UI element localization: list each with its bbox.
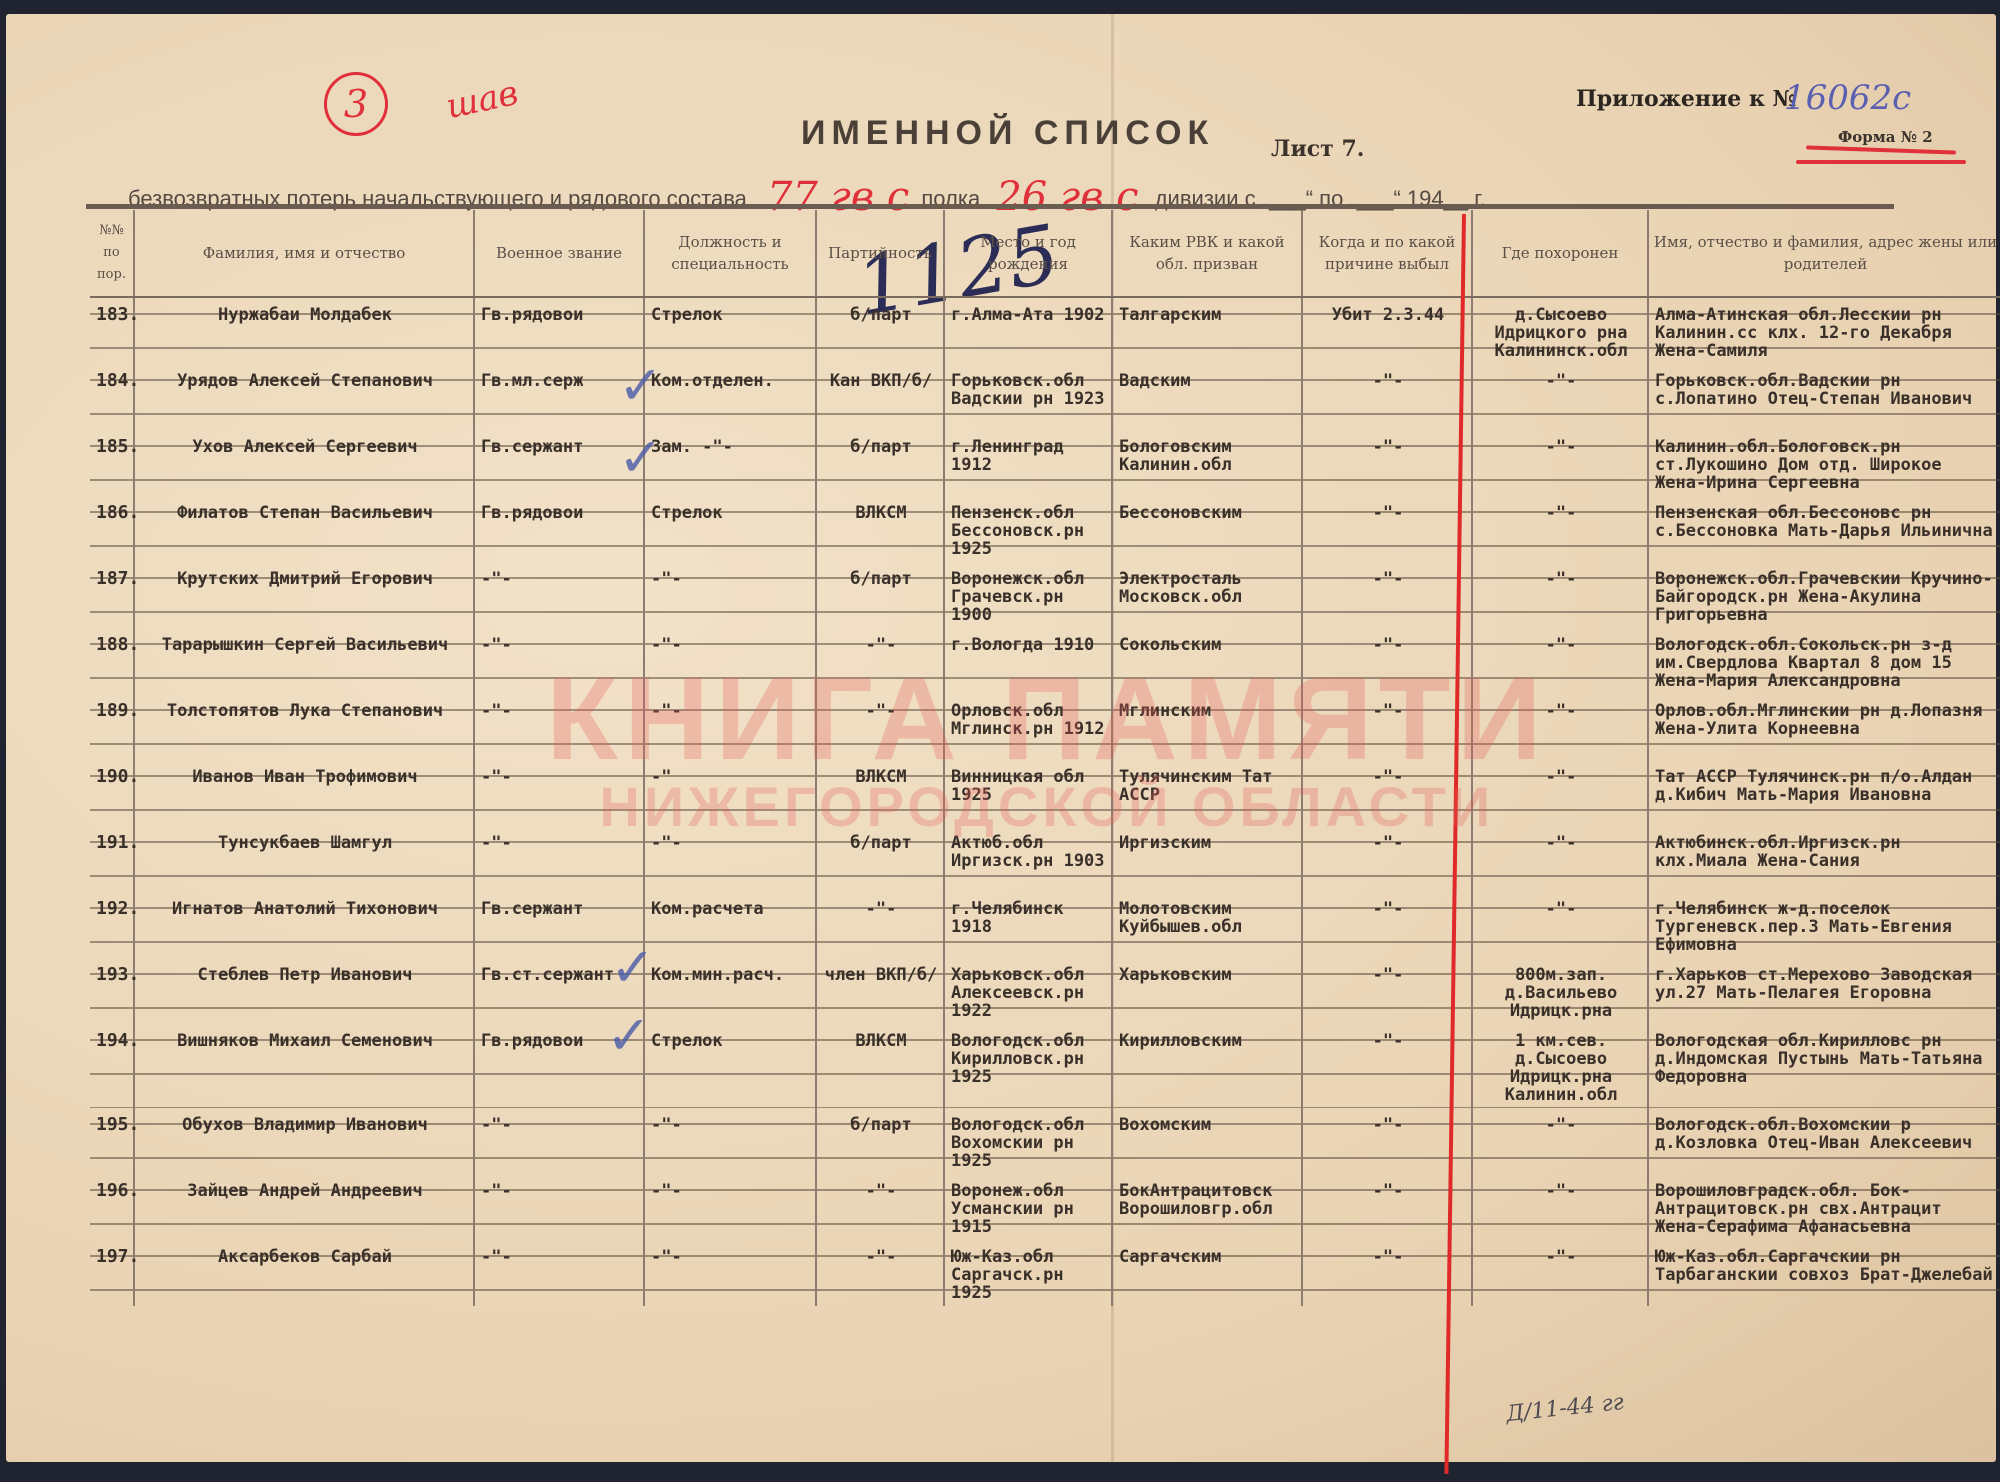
party-membership: б/парт [816,562,944,628]
position: Ком.расчета [644,892,816,958]
relatives-address: Вологодск.обл.Сокольск.рн з-д им.Свердло… [1648,628,2000,694]
military-rank: -"- [474,760,644,826]
blue-check-icon: ✓ [606,1004,651,1067]
birth-place-year: Воронеж.обл Усманскии рн 1915 [944,1174,1112,1240]
row-number: 190. [90,760,134,826]
burial-place: -"- [1472,1108,1648,1174]
col-header-party: Партийность [816,210,944,297]
position: Стрелок [644,496,816,562]
party-membership: б/парт [816,297,944,364]
party-membership: ВЛКСМ [816,1024,944,1108]
birth-place-year: Пензенск.обл Бессоновск.рн 1925 [944,496,1112,562]
party-membership: -"- [816,1174,944,1240]
birth-place-year: г.Ленинград 1912 [944,430,1112,496]
relatives-address: Пензенская обл.Бессоновс рн с.Бессоновка… [1648,496,2000,562]
table-row: 188. Тарарышкин Сергей Васильевич -"- -"… [90,628,2000,694]
military-rank: Гв.рядовои [474,496,644,562]
birth-place-year: Харьковск.обл Алексеевск.рн 1922 [944,958,1112,1024]
soldier-name: Обухов Владимир Иванович [134,1108,474,1174]
burial-place: -"- [1472,1174,1648,1240]
row-number: 184. [90,364,134,430]
row-number: 187. [90,562,134,628]
burial-place: -"- [1472,496,1648,562]
position: -"- [644,826,816,892]
when-reason-left: Убит 2.3.44 [1302,297,1472,364]
row-number: 192. [90,892,134,958]
relatives-address: Горьковск.обл.Вадскии рн с.Лопатино Отец… [1648,364,2000,430]
when-reason-left: -"- [1302,1024,1472,1108]
appendix-number: 16062с [1784,78,1911,118]
soldier-name: Нуржабаи Молдабек [134,297,474,364]
party-membership: -"- [816,628,944,694]
relatives-address: г.Челябинск ж-д.поселок Тургеневск.пер.3… [1648,892,2000,958]
blue-check-icon: ✓ [618,354,663,417]
conscription-office: Вадским [1112,364,1302,430]
table-row: 194. Вишняков Михаил Семенович Гв.рядово… [90,1024,2000,1108]
burial-place: -"- [1472,760,1648,826]
table-row: 184. Урядов Алексей Степанович Гв.мл.сер… [90,364,2000,430]
position: Стрелок [644,297,816,364]
table-row: 195. Обухов Владимир Иванович -"- -"- б/… [90,1108,2000,1174]
table-row: 186. Филатов Степан Васильевич Гв.рядово… [90,496,2000,562]
table-row: 187. Крутских Дмитрий Егорович -"- -"- б… [90,562,2000,628]
position: -"- [644,1240,816,1306]
party-membership: -"- [816,892,944,958]
position: -"- [644,1174,816,1240]
col-header-number: №№ по пор. [90,210,134,297]
conscription-office: Иргизским [1112,826,1302,892]
relatives-address: Тат АССР Тулячинск.рн п/о.Алдан д.Кибич … [1648,760,2000,826]
soldier-name: Крутских Дмитрий Егорович [134,562,474,628]
table-row: 193. Стеблев Петр Иванович Гв.ст.сержант… [90,958,2000,1024]
form-number: Форма № 2 [1838,128,1933,146]
table-row: 185. Ухов Алексей Сергеевич Гв.сержант З… [90,430,2000,496]
party-membership: -"- [816,1240,944,1306]
burial-place: 1 км.сев. д.Сысоево Идрицк.рна Калинин.о… [1472,1024,1648,1108]
table-row: 197. Аксарбеков Сарбай -"- -"- -"- Юж-Ка… [90,1240,2000,1306]
burial-place: -"- [1472,1240,1648,1306]
soldier-name: Вишняков Михаил Семенович [134,1024,474,1108]
conscription-office: Бологовским Калинин.обл [1112,430,1302,496]
relatives-address: Орлов.обл.Мглинскии рн д.Лопазня Жена-Ул… [1648,694,2000,760]
blue-check-icon: ✓ [618,426,663,489]
col-header-rvk: Каким РВК и какой обл. призван [1112,210,1302,297]
military-rank: -"- [474,1108,644,1174]
party-membership: ВЛКСМ [816,496,944,562]
conscription-office: БокАнтрацитовск Ворошиловгр.обл [1112,1174,1302,1240]
birth-place-year: г.Челябинск 1918 [944,892,1112,958]
document-title: ИМЕННОЙ СПИСОК [801,114,1214,153]
row-number: 194. [90,1024,134,1108]
military-rank: -"- [474,1240,644,1306]
conscription-office: Тулячинским Тат АССР [1112,760,1302,826]
relatives-address: Воронежск.обл.Грачевскии Кручино-Байгоро… [1648,562,2000,628]
when-reason-left: -"- [1302,1108,1472,1174]
position: -"- [644,562,816,628]
position: Стрелок [644,1024,816,1108]
conscription-office: Вохомским [1112,1108,1302,1174]
birth-place-year: Актюб.обл Иргизск.рн 1903 [944,826,1112,892]
relatives-address: Ворошиловградск.обл. Бок-Антрацитовск.рн… [1648,1174,2000,1240]
when-reason-left: -"- [1302,892,1472,958]
table-row: 192. Игнатов Анатолий Тихонович Гв.сержа… [90,892,2000,958]
birth-place-year: Орловск.обл Мглинск.рн 1912 [944,694,1112,760]
when-reason-left: -"- [1302,628,1472,694]
party-membership: член ВКП/б/ [816,958,944,1024]
col-header-position: Должность и специальность [644,210,816,297]
burial-place: -"- [1472,826,1648,892]
when-reason-left: -"- [1302,826,1472,892]
row-number: 189. [90,694,134,760]
position: -"- [644,694,816,760]
document-sheet: 3 шав ИМЕННОЙ СПИСОК Лист 7. Приложение … [6,14,1996,1462]
when-reason-left: -"- [1302,562,1472,628]
birth-place-year: Воронежск.обл Грачевск.рн 1900 [944,562,1112,628]
position: Ком.мин.расч. [644,958,816,1024]
birth-place-year: Вологодск.обл Вохомскии рн 1925 [944,1108,1112,1174]
soldier-name: Игнатов Анатолий Тихонович [134,892,474,958]
soldier-name: Филатов Степан Васильевич [134,496,474,562]
when-reason-left: -"- [1302,496,1472,562]
birth-place-year: Винницкая обл 1925 [944,760,1112,826]
military-rank: -"- [474,562,644,628]
soldier-name: Тарарышкин Сергей Васильевич [134,628,474,694]
military-rank: -"- [474,826,644,892]
col-header-name: Фамилия, имя и отчество [134,210,474,297]
row-number: 183. [90,297,134,364]
conscription-office: Сокольским [1112,628,1302,694]
military-rank: -"- [474,628,644,694]
conscription-office: Талгарским [1112,297,1302,364]
soldier-name: Аксарбеков Сарбай [134,1240,474,1306]
casualty-table: №№ по пор. Фамилия, имя и отчество Военн… [90,210,2000,1306]
table-row: 190. Иванов Иван Трофимович -"- -" ВЛКСМ… [90,760,2000,826]
burial-place: -"- [1472,628,1648,694]
row-number: 188. [90,628,134,694]
party-membership: б/парт [816,826,944,892]
conscription-office: Мглинским [1112,694,1302,760]
birth-place-year: Вологодск.обл Кирилловск.рн 1925 [944,1024,1112,1108]
row-number: 185. [90,430,134,496]
col-header-rank: Военное звание [474,210,644,297]
relatives-address: Юж-Каз.обл.Саргачскии рн Тарбаганскии со… [1648,1240,2000,1306]
relatives-address: Алма-Атинская обл.Лесскии рн Калинин.сс … [1648,297,2000,364]
conscription-office: Саргачским [1112,1240,1302,1306]
burial-place: д.Сысоево Идрицкого рна Калининск.обл [1472,297,1648,364]
birth-place-year: г.Вологда 1910 [944,628,1112,694]
position: Зам. -"- [644,430,816,496]
military-rank: -"- [474,1174,644,1240]
header-rule [86,204,1894,209]
col-header-buried: Где похоронен [1472,210,1648,297]
position: Ком.отделен. [644,364,816,430]
relatives-address: Вологодск.обл.Вохомскии р д.Козловка Оте… [1648,1108,2000,1174]
when-reason-left: -"- [1302,760,1472,826]
party-membership: Кан ВКП/б/ [816,364,944,430]
table-row: 196. Зайцев Андрей Андреевич -"- -"- -"-… [90,1174,2000,1240]
conscription-office: Харьковским [1112,958,1302,1024]
soldier-name: Тунсукбаев Шамгул [134,826,474,892]
relatives-address: Калинин.обл.Бологовск.рн ст.Лукошино Дом… [1648,430,2000,496]
burial-place: -"- [1472,562,1648,628]
when-reason-left: -"- [1302,1174,1472,1240]
conscription-office: Электросталь Московск.обл [1112,562,1302,628]
row-number: 195. [90,1108,134,1174]
col-header-when: Когда и по какой причине выбыл [1302,210,1472,297]
col-header-birth: Место и год рождения [944,210,1112,297]
soldier-name: Стеблев Петр Иванович [134,958,474,1024]
row-number: 193. [90,958,134,1024]
when-reason-left: -"- [1302,958,1472,1024]
red-underline [1806,145,1956,154]
table-header-row: №№ по пор. Фамилия, имя и отчество Военн… [90,210,2000,297]
party-membership: б/парт [816,430,944,496]
when-reason-left: -"- [1302,694,1472,760]
burial-place: -"- [1472,430,1648,496]
birth-place-year: г.Алма-Ата 1902 [944,297,1112,364]
conscription-office: Молотовским Куйбышев.обл [1112,892,1302,958]
conscription-office: Кирилловским [1112,1024,1302,1108]
table-row: 191. Тунсукбаев Шамгул -"- -"- б/парт Ак… [90,826,2000,892]
row-number: 197. [90,1240,134,1306]
circled-number-annotation: 3 [324,72,388,136]
blue-check-icon: ✓ [610,936,655,999]
soldier-name: Урядов Алексей Степанович [134,364,474,430]
when-reason-left: -"- [1302,430,1472,496]
position: -"- [644,1108,816,1174]
col-header-relatives: Имя, отчество и фамилия, адрес жены или … [1648,210,2000,297]
burial-place: -"- [1472,364,1648,430]
burial-place: -"- [1472,892,1648,958]
burial-place: -"- [1472,694,1648,760]
burial-place: 800м.зап. д.Васильево Идрицк.рна [1472,958,1648,1024]
appendix-label: Приложение к № [1576,86,1796,112]
red-underline-2 [1796,160,1966,164]
soldier-name: Ухов Алексей Сергеевич [134,430,474,496]
party-membership: б/парт [816,1108,944,1174]
soldier-name: Зайцев Андрей Андреевич [134,1174,474,1240]
row-number: 191. [90,826,134,892]
row-number: 196. [90,1174,134,1240]
position: -" [644,760,816,826]
row-number: 186. [90,496,134,562]
soldier-name: Толстопятов Лука Степанович [134,694,474,760]
position: -"- [644,628,816,694]
conscription-office: Бессоновским [1112,496,1302,562]
relatives-address: Актюбинск.обл.Иргизск.рн клх.Миала Жена-… [1648,826,2000,892]
relatives-address: Вологодская обл.Кирилловс рн д.Индомская… [1648,1024,2000,1108]
party-membership: ВЛКСМ [816,760,944,826]
birth-place-year: Горьковск.обл Вадскии рн 1923 [944,364,1112,430]
military-rank: -"- [474,694,644,760]
when-reason-left: -"- [1302,364,1472,430]
pencil-footnote: Д/11-44 гг [1505,1390,1625,1427]
relatives-address: г.Харьков ст.Мерехово Заводская ул.27 Ма… [1648,958,2000,1024]
soldier-name: Иванов Иван Трофимович [134,760,474,826]
red-signature-annotation: шав [443,73,522,127]
party-membership: -"- [816,694,944,760]
table-row: 183. Нуржабаи Молдабек Гв.рядовои Стрело… [90,297,2000,364]
table-row: 189. Толстопятов Лука Степанович -"- -"-… [90,694,2000,760]
sheet-number: Лист 7. [1271,136,1364,162]
birth-place-year: Юж-Каз.обл Саргачск.рн 1925 [944,1240,1112,1306]
